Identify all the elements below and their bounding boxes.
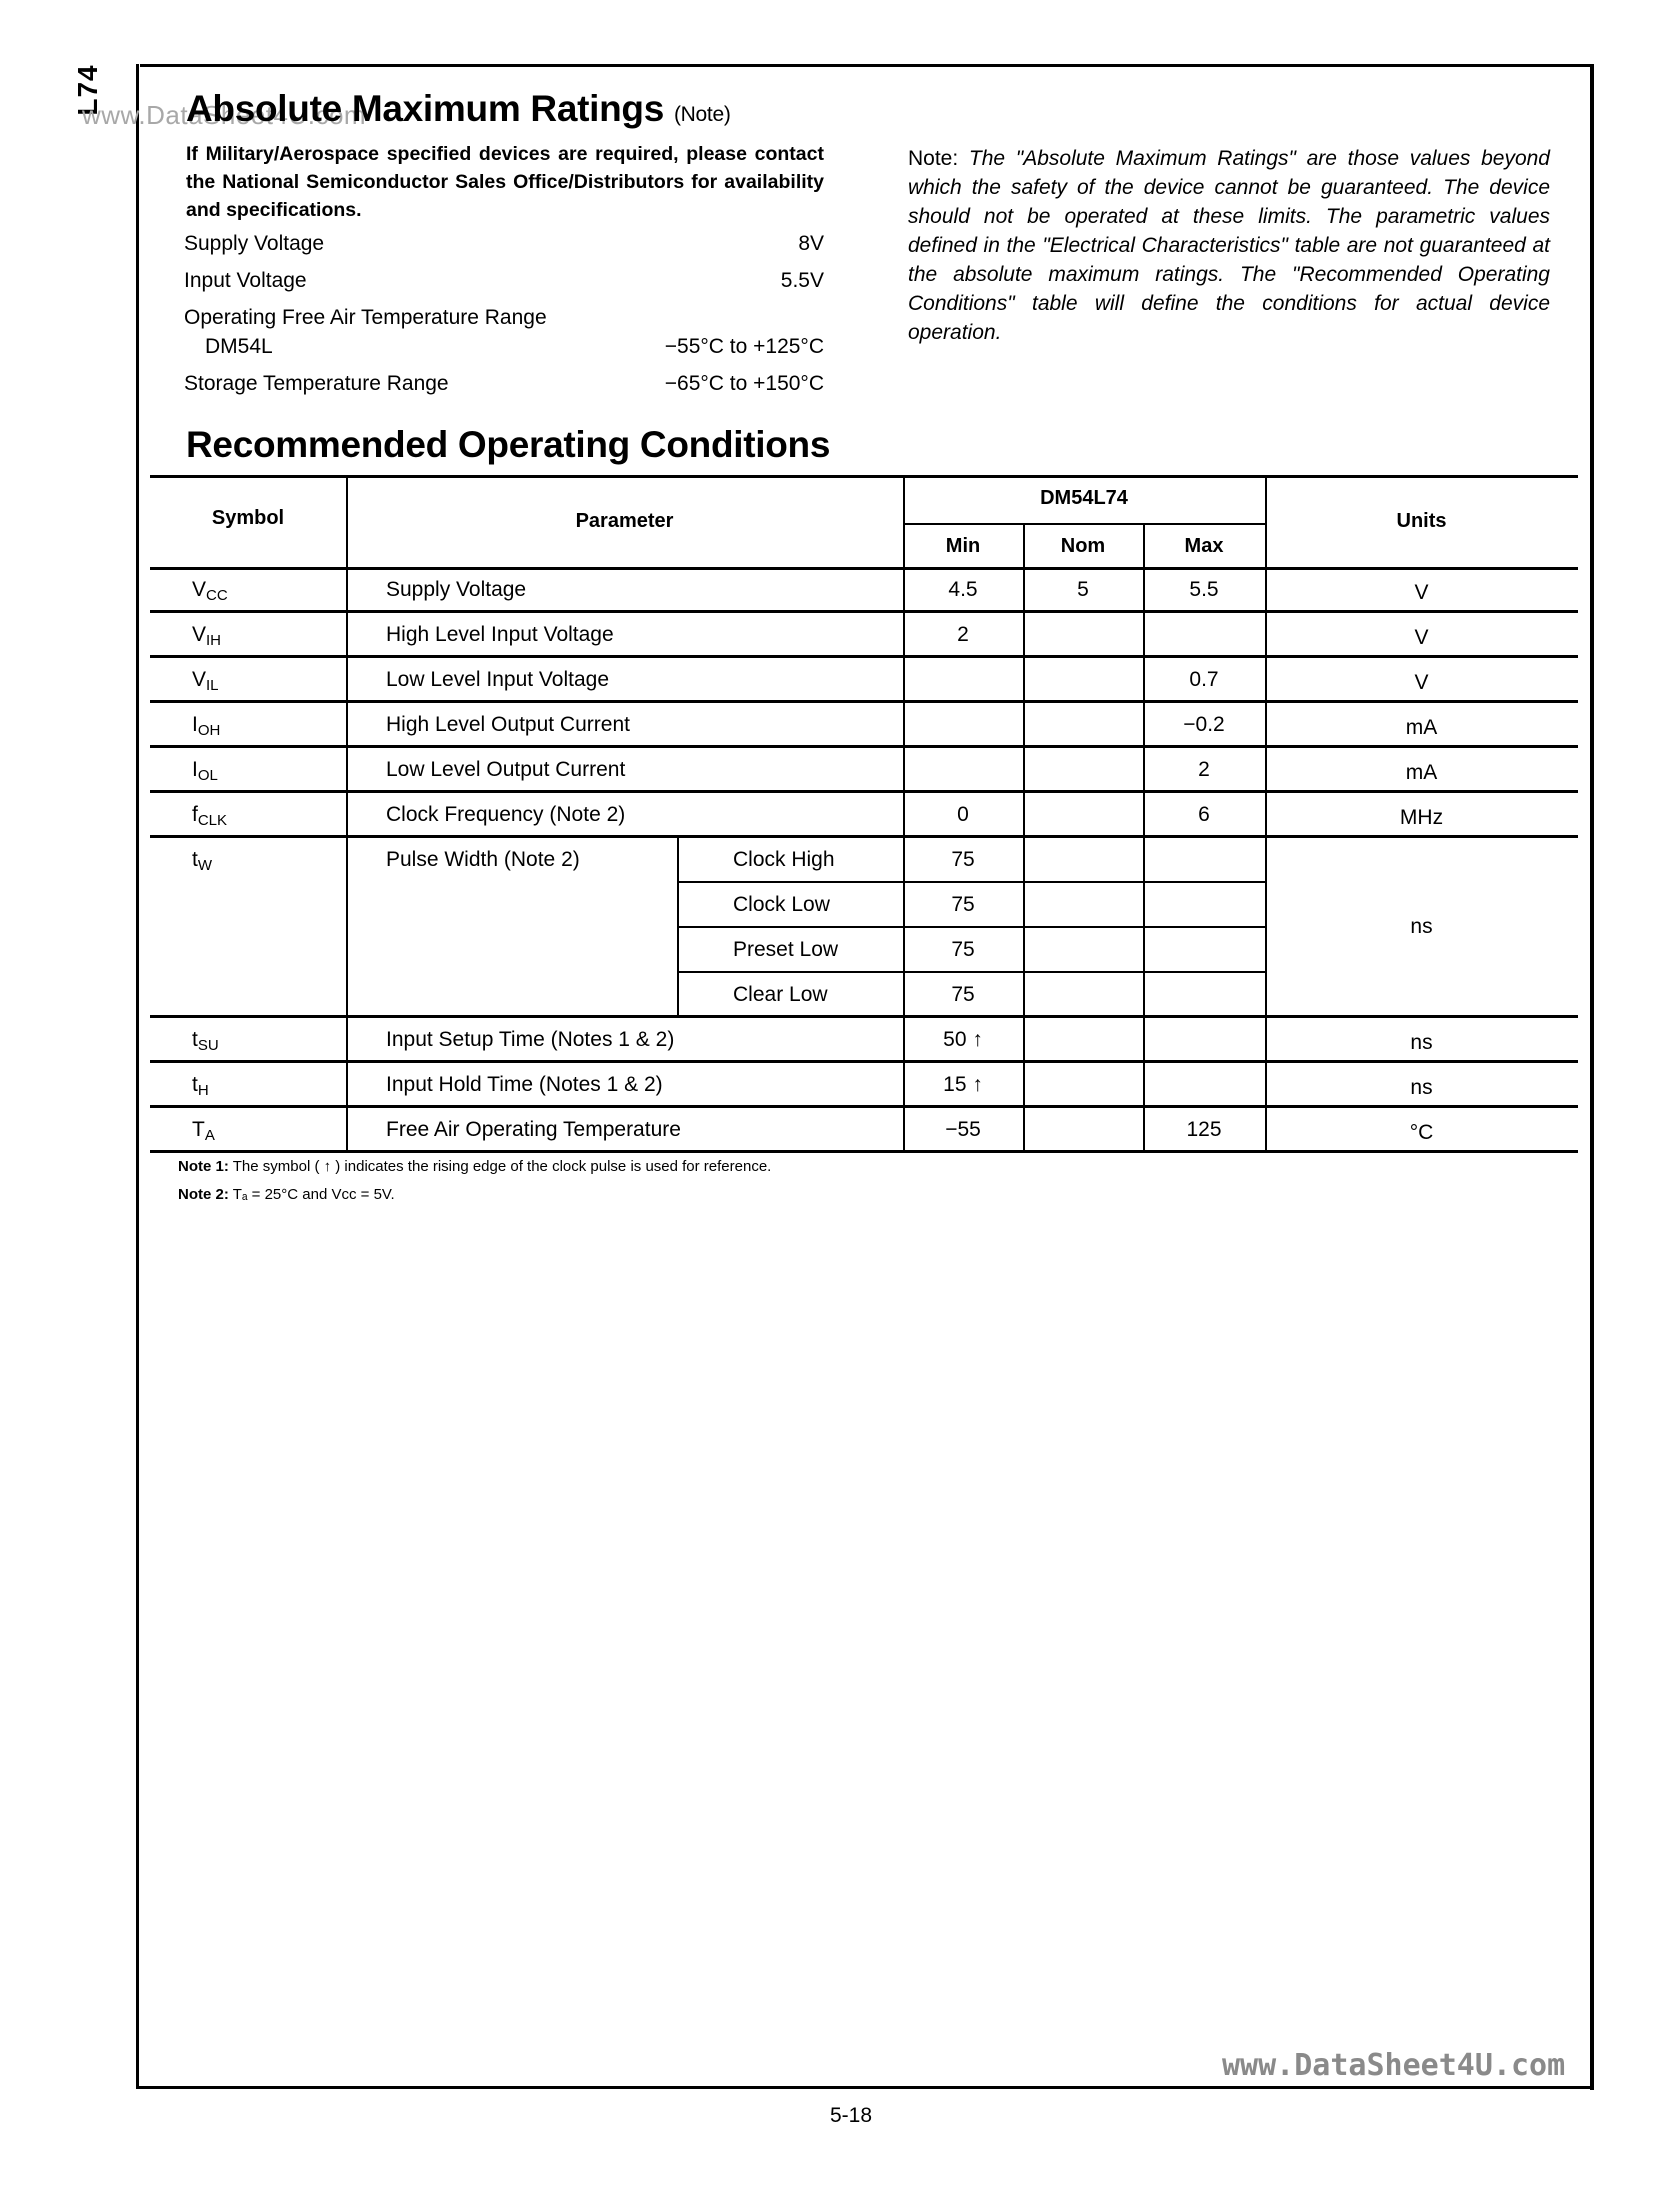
row-parameter: Input Hold Time (Notes 1 & 2) bbox=[386, 1062, 903, 1107]
header-nom: Nom bbox=[1023, 525, 1143, 567]
page-frame-left bbox=[136, 64, 139, 2088]
note-text: The symbol ( ↑ ) indicates the rising ed… bbox=[233, 1158, 772, 1175]
row-symbol: tW bbox=[192, 837, 346, 882]
abs-max-note: Note: The "Absolute Maximum Ratings" are… bbox=[908, 144, 1550, 347]
row-nom bbox=[1023, 702, 1143, 747]
row-nom bbox=[1023, 882, 1143, 927]
table-divider bbox=[1265, 702, 1267, 747]
table-divider bbox=[1143, 792, 1145, 837]
table-note-1: Note 1: The symbol ( ↑ ) indicates the r… bbox=[178, 1158, 771, 1175]
table-divider bbox=[346, 837, 348, 1017]
roc-table: SymbolParameterDM54L74MinNomMaxUnitsVCCS… bbox=[150, 475, 1578, 1152]
table-divider bbox=[346, 1107, 348, 1152]
row-units: °C bbox=[1265, 1110, 1578, 1155]
header-max: Max bbox=[1143, 525, 1265, 567]
note-text: Tₐ = 25°C and Vᴄᴄ = 5V. bbox=[233, 1186, 395, 1203]
table-divider bbox=[346, 1062, 348, 1107]
row-nom bbox=[1023, 792, 1143, 837]
subrow-label: Clock High bbox=[733, 837, 903, 882]
row-min: 2 bbox=[903, 612, 1023, 657]
table-divider bbox=[903, 612, 905, 657]
row-nom bbox=[1023, 1107, 1143, 1152]
table-divider bbox=[346, 792, 348, 837]
row-symbol: IOH bbox=[192, 702, 346, 747]
rating-row: Storage Temperature Range −65°C to +150°… bbox=[184, 372, 824, 396]
row-parameter: Low Level Input Voltage bbox=[386, 657, 903, 702]
row-max bbox=[1143, 1062, 1265, 1107]
table-divider bbox=[346, 702, 348, 747]
table-divider bbox=[346, 657, 348, 702]
row-units: ns bbox=[1265, 837, 1578, 1017]
table-divider bbox=[1265, 612, 1267, 657]
row-max bbox=[1143, 882, 1265, 927]
row-max bbox=[1143, 1017, 1265, 1062]
subrow-label: Clear Low bbox=[733, 972, 903, 1017]
row-symbol: IOL bbox=[192, 747, 346, 792]
row-units: MHz bbox=[1265, 795, 1578, 840]
military-notice: If Military/Aerospace specified devices … bbox=[186, 140, 824, 224]
table-divider bbox=[903, 567, 905, 612]
row-symbol: VIH bbox=[192, 612, 346, 657]
abs-max-title-text: Absolute Maximum Ratings bbox=[186, 88, 664, 129]
row-parameter: Input Setup Time (Notes 1 & 2) bbox=[386, 1017, 903, 1062]
watermark-bottom: www.DataSheet4U.com bbox=[1222, 2048, 1565, 2083]
table-divider bbox=[1265, 837, 1267, 1017]
row-max bbox=[1143, 612, 1265, 657]
row-nom bbox=[1023, 837, 1143, 882]
table-divider bbox=[1023, 567, 1025, 612]
table-divider bbox=[346, 1017, 348, 1062]
row-nom bbox=[1023, 1062, 1143, 1107]
table-divider bbox=[1023, 747, 1025, 792]
row-min: 75 bbox=[903, 837, 1023, 882]
table-divider bbox=[903, 1062, 905, 1107]
rating-label: Supply Voltage bbox=[184, 232, 324, 256]
row-min: 50 ↑ bbox=[903, 1017, 1023, 1062]
note-label: Note 1: bbox=[178, 1158, 229, 1175]
row-nom bbox=[1023, 1017, 1143, 1062]
subrow-label: Clock Low bbox=[733, 882, 903, 927]
header-device: DM54L74 bbox=[903, 475, 1265, 521]
row-parameter: High Level Output Current bbox=[386, 702, 903, 747]
row-nom bbox=[1023, 747, 1143, 792]
rating-value: 8V bbox=[798, 232, 824, 256]
row-max bbox=[1143, 837, 1265, 882]
rating-label: Operating Free Air Temperature Range bbox=[184, 306, 547, 330]
table-divider bbox=[1023, 1017, 1025, 1062]
row-max: 6 bbox=[1143, 792, 1265, 837]
row-max: −0.2 bbox=[1143, 702, 1265, 747]
table-divider bbox=[903, 1107, 905, 1152]
table-divider bbox=[1023, 1062, 1025, 1107]
table-divider bbox=[1143, 702, 1145, 747]
table-divider bbox=[1023, 1107, 1025, 1152]
table-divider bbox=[1143, 1062, 1145, 1107]
row-units: V bbox=[1265, 660, 1578, 705]
table-divider bbox=[1143, 1017, 1145, 1062]
row-max bbox=[1143, 972, 1265, 1017]
row-min bbox=[903, 657, 1023, 702]
row-max bbox=[1143, 927, 1265, 972]
row-symbol: tSU bbox=[192, 1017, 346, 1062]
row-units: mA bbox=[1265, 750, 1578, 795]
row-units: ns bbox=[1265, 1020, 1578, 1065]
table-divider bbox=[903, 657, 905, 702]
row-min: 15 ↑ bbox=[903, 1062, 1023, 1107]
row-min bbox=[903, 702, 1023, 747]
rating-row: Operating Free Air Temperature Range bbox=[184, 306, 824, 330]
table-rule bbox=[150, 1150, 1578, 1153]
table-divider bbox=[1023, 612, 1025, 657]
page-number: 5-18 bbox=[830, 2104, 872, 2128]
row-nom bbox=[1023, 657, 1143, 702]
table-divider bbox=[1265, 792, 1267, 837]
row-max: 125 bbox=[1143, 1107, 1265, 1152]
row-min: 4.5 bbox=[903, 567, 1023, 612]
row-symbol: TA bbox=[192, 1107, 346, 1152]
rating-row: Supply Voltage 8V bbox=[184, 232, 824, 256]
note-body: The "Absolute Maximum Ratings" are those… bbox=[908, 147, 1550, 344]
row-max: 2 bbox=[1143, 747, 1265, 792]
row-nom bbox=[1023, 972, 1143, 1017]
note-label: Note 2: bbox=[178, 1186, 229, 1203]
header-parameter: Parameter bbox=[346, 475, 903, 567]
row-min: 75 bbox=[903, 927, 1023, 972]
rating-row: Input Voltage 5.5V bbox=[184, 269, 824, 293]
page-frame-bottom bbox=[136, 2086, 1594, 2089]
row-units: V bbox=[1265, 615, 1578, 660]
row-max: 0.7 bbox=[1143, 657, 1265, 702]
rating-value: 5.5V bbox=[781, 269, 824, 293]
row-symbol: VCC bbox=[192, 567, 346, 612]
row-parameter: Clock Frequency (Note 2) bbox=[386, 792, 903, 837]
table-divider bbox=[346, 567, 348, 612]
row-min: 75 bbox=[903, 972, 1023, 1017]
row-units: V bbox=[1265, 570, 1578, 615]
table-divider bbox=[346, 747, 348, 792]
rating-row: DM54L −55°C to +125°C bbox=[205, 335, 824, 359]
table-divider bbox=[1143, 1107, 1145, 1152]
rating-label: Input Voltage bbox=[184, 269, 307, 293]
row-symbol: tH bbox=[192, 1062, 346, 1107]
rating-label: Storage Temperature Range bbox=[184, 372, 449, 396]
page-frame-right bbox=[1590, 64, 1594, 2090]
table-divider bbox=[1023, 792, 1025, 837]
page-frame-top bbox=[140, 64, 1594, 67]
table-divider bbox=[1023, 702, 1025, 747]
header-units: Units bbox=[1265, 475, 1578, 567]
table-divider bbox=[1265, 657, 1267, 702]
table-divider bbox=[1265, 1107, 1267, 1152]
row-parameter: Supply Voltage bbox=[386, 567, 903, 612]
abs-max-title: Absolute Maximum Ratings (Note) bbox=[186, 88, 731, 130]
table-divider bbox=[1143, 657, 1145, 702]
table-divider bbox=[1265, 747, 1267, 792]
row-symbol: VIL bbox=[192, 657, 346, 702]
rating-value: −55°C to +125°C bbox=[665, 335, 824, 359]
table-divider bbox=[1023, 657, 1025, 702]
table-note-2: Note 2: Tₐ = 25°C and Vᴄᴄ = 5V. bbox=[178, 1186, 395, 1203]
table-divider bbox=[1265, 1062, 1267, 1107]
row-units: mA bbox=[1265, 705, 1578, 750]
rating-value: −65°C to +150°C bbox=[665, 372, 824, 396]
table-divider bbox=[903, 1017, 905, 1062]
table-divider bbox=[903, 792, 905, 837]
table-divider bbox=[1265, 1017, 1267, 1062]
header-min: Min bbox=[903, 525, 1023, 567]
row-units: ns bbox=[1265, 1065, 1578, 1110]
row-min: 75 bbox=[903, 882, 1023, 927]
row-max: 5.5 bbox=[1143, 567, 1265, 612]
row-nom bbox=[1023, 612, 1143, 657]
table-divider bbox=[1143, 747, 1145, 792]
roc-title: Recommended Operating Conditions bbox=[186, 424, 830, 466]
table-divider bbox=[1143, 567, 1145, 612]
row-nom: 5 bbox=[1023, 567, 1143, 612]
table-divider bbox=[346, 612, 348, 657]
row-symbol: fCLK bbox=[192, 792, 346, 837]
table-divider bbox=[903, 747, 905, 792]
table-divider bbox=[1143, 612, 1145, 657]
row-min bbox=[903, 747, 1023, 792]
row-parameter: Free Air Operating Temperature bbox=[386, 1107, 903, 1152]
row-parameter: Low Level Output Current bbox=[386, 747, 903, 792]
subrow-label: Preset Low bbox=[733, 927, 903, 972]
row-parameter: Pulse Width (Note 2) bbox=[386, 837, 677, 882]
abs-max-title-note: (Note) bbox=[674, 103, 731, 126]
table-divider bbox=[1265, 567, 1267, 612]
row-nom bbox=[1023, 927, 1143, 972]
row-min: −55 bbox=[903, 1107, 1023, 1152]
row-parameter: High Level Input Voltage bbox=[386, 612, 903, 657]
table-divider bbox=[903, 702, 905, 747]
header-symbol: Symbol bbox=[150, 475, 346, 561]
rating-label: DM54L bbox=[205, 335, 273, 359]
note-lead: Note: bbox=[908, 147, 958, 170]
row-min: 0 bbox=[903, 792, 1023, 837]
